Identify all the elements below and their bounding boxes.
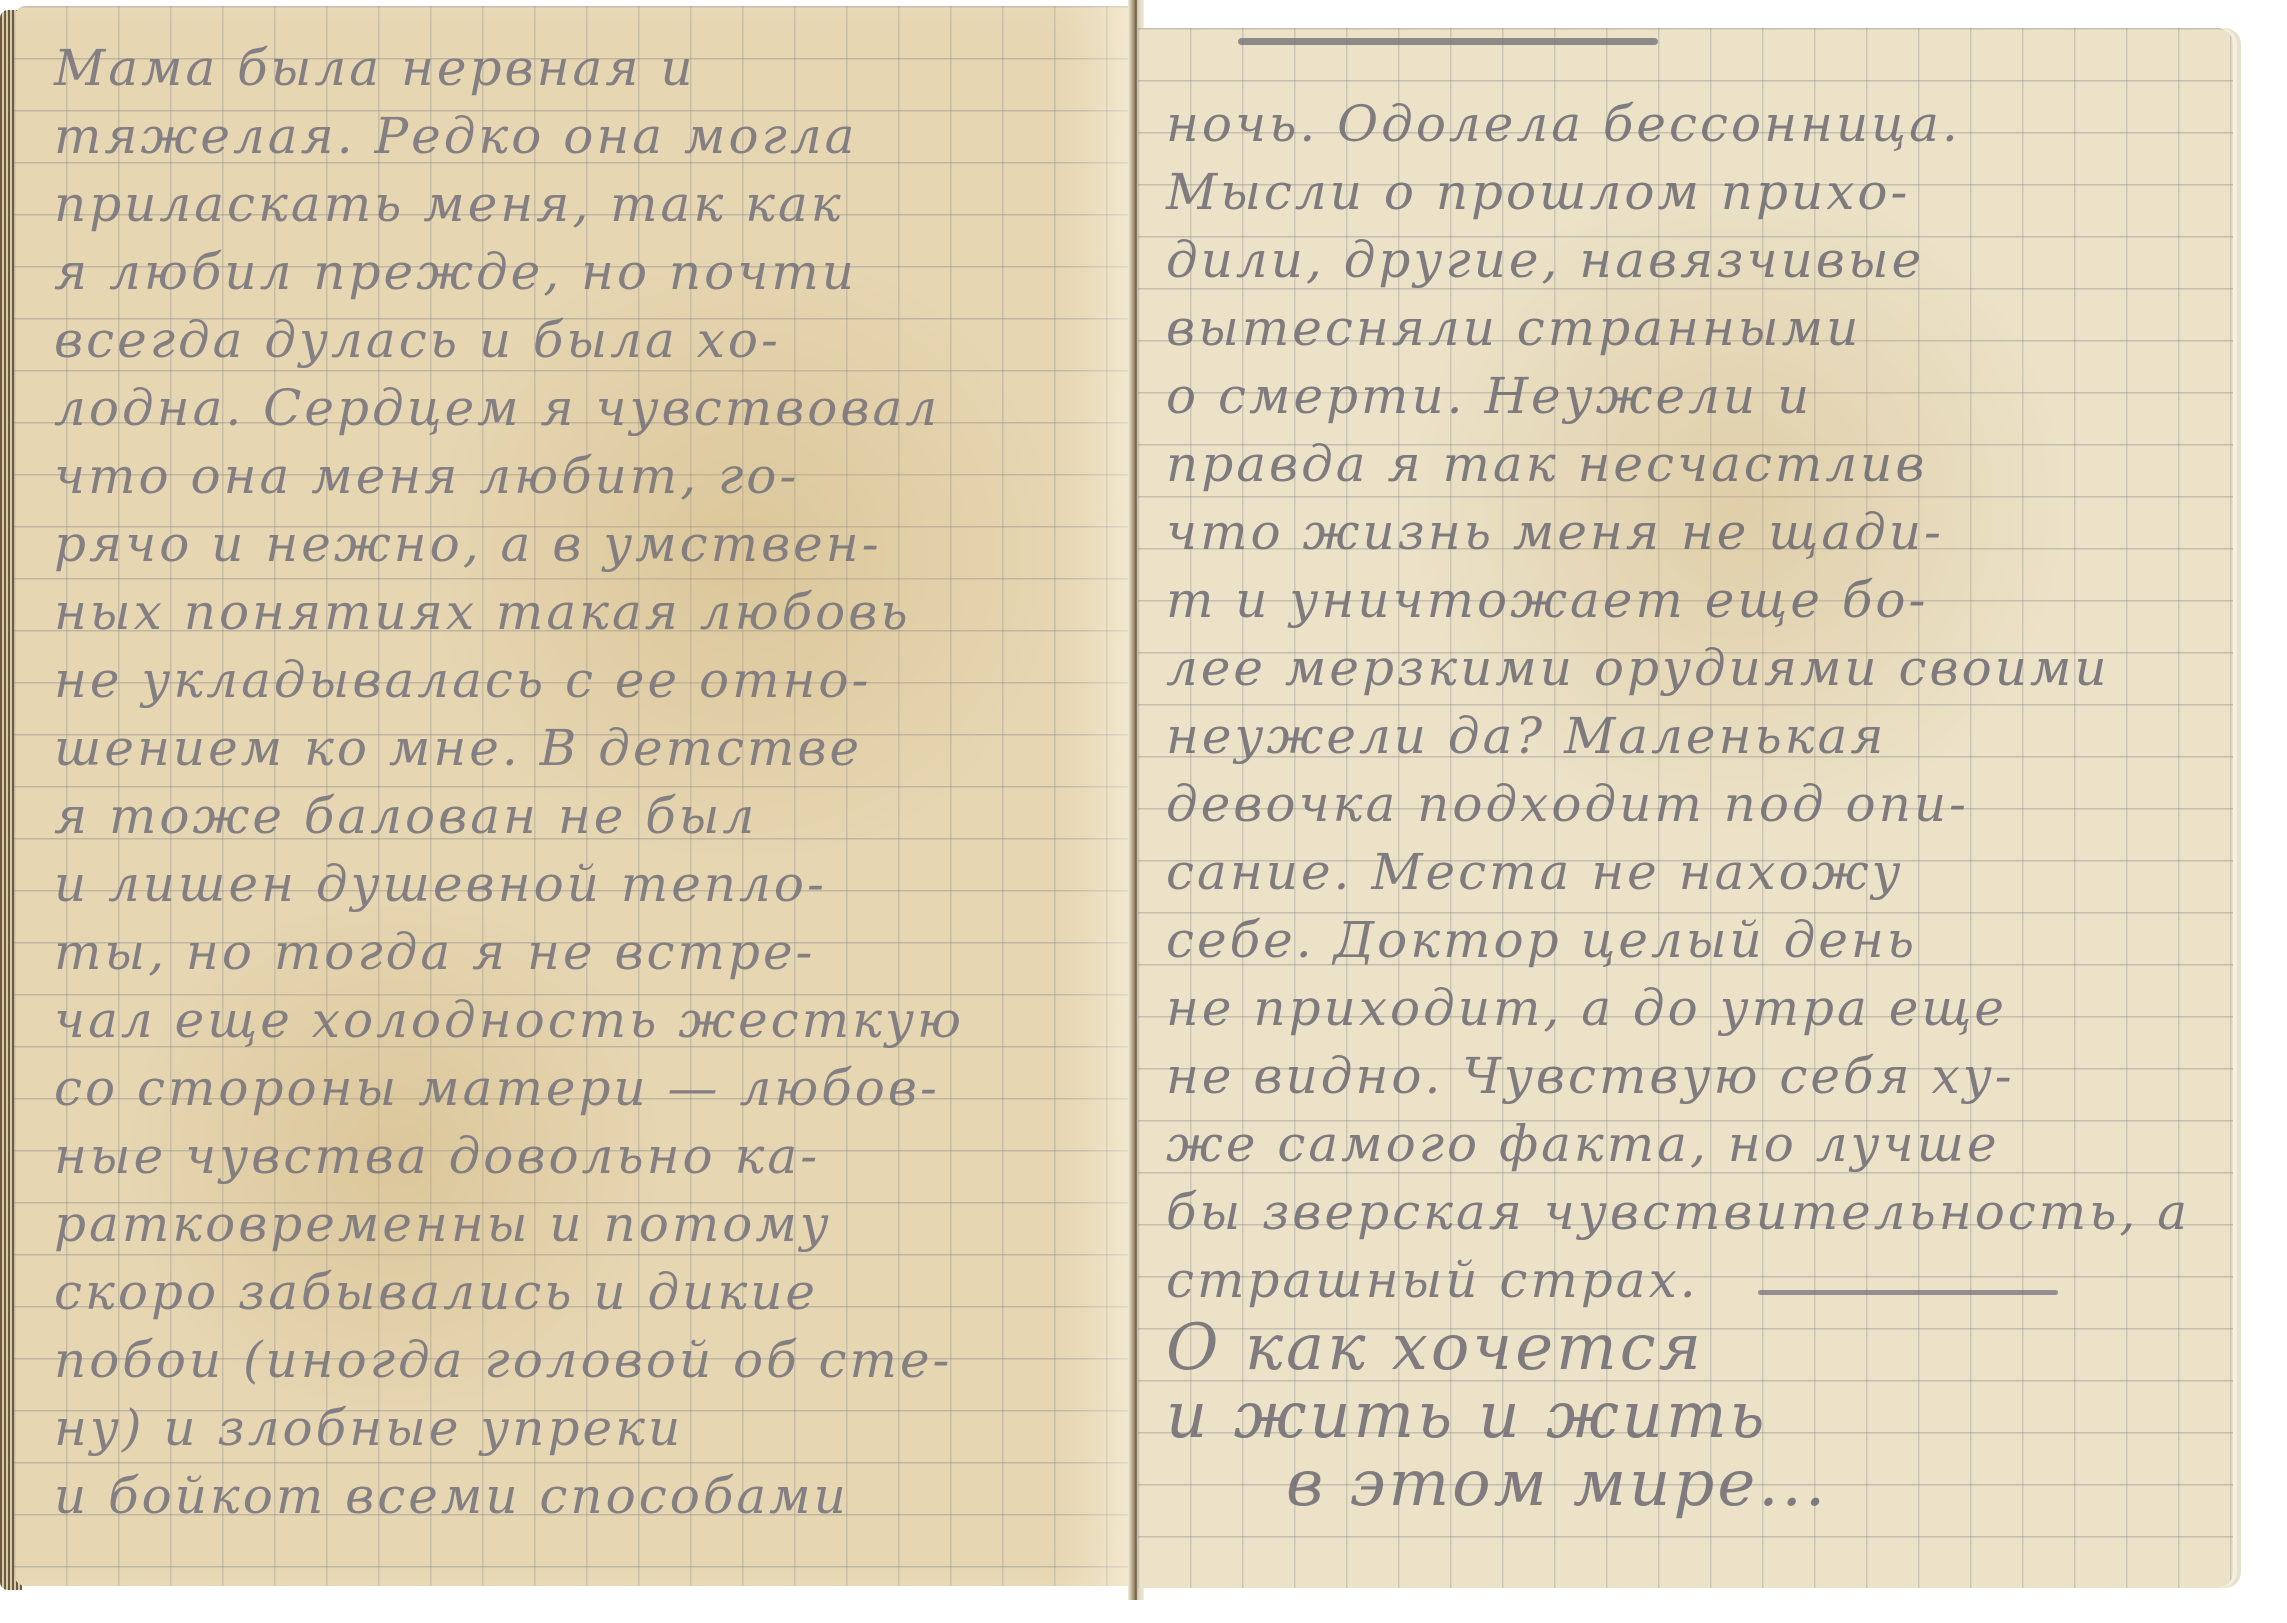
text-line: скоро забывались и дикие bbox=[54, 1258, 1104, 1326]
text-line: побои (иногда головой об сте- bbox=[54, 1326, 1104, 1394]
text-line: вытесняли странными bbox=[1166, 294, 2203, 362]
text-line: чал еще холодность жесткую bbox=[54, 986, 1104, 1054]
text-line: ратковременны и потому bbox=[54, 1190, 1104, 1258]
text-line: о смерти. Неужели и bbox=[1166, 362, 2203, 430]
text-line: шением ко мне. В детстве bbox=[54, 714, 1104, 782]
text-line: ных понятиях такая любовь bbox=[54, 578, 1104, 646]
text-line: тяжелая. Редко она могла bbox=[54, 102, 1104, 170]
text-line: лодна. Сердцем я чувствовал bbox=[54, 374, 1104, 442]
text-line: всегда дулась и была хо- bbox=[54, 306, 1104, 374]
text-line: сание. Места не нахожу bbox=[1166, 838, 2203, 906]
text-line: не приходит, а до утра еще bbox=[1166, 974, 2203, 1042]
text-line: бы зверская чувствительность, а bbox=[1166, 1178, 2203, 1246]
text-line: в этом мире... bbox=[1166, 1450, 2203, 1518]
text-line: со стороны матери — любов- bbox=[54, 1054, 1104, 1122]
text-line: неужели да? Маленькая bbox=[1166, 702, 2203, 770]
left-page: Мама была нервная и тяжелая. Редко она м… bbox=[14, 6, 1134, 1586]
text-line: я любил прежде, но почти bbox=[54, 238, 1104, 306]
text-line: девочка подходит под опи- bbox=[1166, 770, 2203, 838]
text-line: что жизнь меня не щади- bbox=[1166, 498, 2203, 566]
text-line: себе. Доктор целый день bbox=[1166, 906, 2203, 974]
open-notebook: Мама была нервная и тяжелая. Редко она м… bbox=[0, 0, 2287, 1623]
text-line: же самого факта, но лучше bbox=[1166, 1110, 2203, 1178]
text-line: ты, но тогда я не встре- bbox=[54, 918, 1104, 986]
left-page-text: Мама была нервная и тяжелая. Редко она м… bbox=[54, 34, 1104, 1530]
pencil-stroke bbox=[1238, 38, 1658, 45]
right-page-text: ночь. Одолела бессонница. Мысли о прошло… bbox=[1166, 90, 2203, 1518]
text-line: т и уничтожает еще бо- bbox=[1166, 566, 2203, 634]
text-line: приласкать меня, так как bbox=[54, 170, 1104, 238]
text-line: ну) и злобные упреки bbox=[54, 1394, 1104, 1462]
text-line: и жить и жить bbox=[1166, 1382, 2203, 1450]
text-line: и лишен душевной тепло- bbox=[54, 850, 1104, 918]
text-line: страшный страх. bbox=[1166, 1246, 2203, 1314]
text-line: дили, другие, навязчивые bbox=[1166, 226, 2203, 294]
right-page: ночь. Одолела бессонница. Мысли о прошло… bbox=[1138, 28, 2233, 1588]
text-line: Мысли о прошлом прихо- bbox=[1166, 158, 2203, 226]
text-line: не укладывалась с ее отно- bbox=[54, 646, 1104, 714]
text-line: ночь. Одолела бессонница. bbox=[1166, 90, 2203, 158]
text-line: я тоже балован не был bbox=[54, 782, 1104, 850]
text-line: ные чувства довольно ка- bbox=[54, 1122, 1104, 1190]
text-line: что она меня любит, го- bbox=[54, 442, 1104, 510]
text-line: правда я так несчастлив bbox=[1166, 430, 2203, 498]
text-line: О как хочется bbox=[1166, 1314, 2203, 1382]
text-line: и бойкот всеми способами bbox=[54, 1462, 1104, 1530]
text-line: Мама была нервная и bbox=[54, 34, 1104, 102]
text-line: не видно. Чувствую себя ху- bbox=[1166, 1042, 2203, 1110]
text-line: лее мерзкими орудиями своими bbox=[1166, 634, 2203, 702]
text-line: рячо и нежно, а в умствен- bbox=[54, 510, 1104, 578]
